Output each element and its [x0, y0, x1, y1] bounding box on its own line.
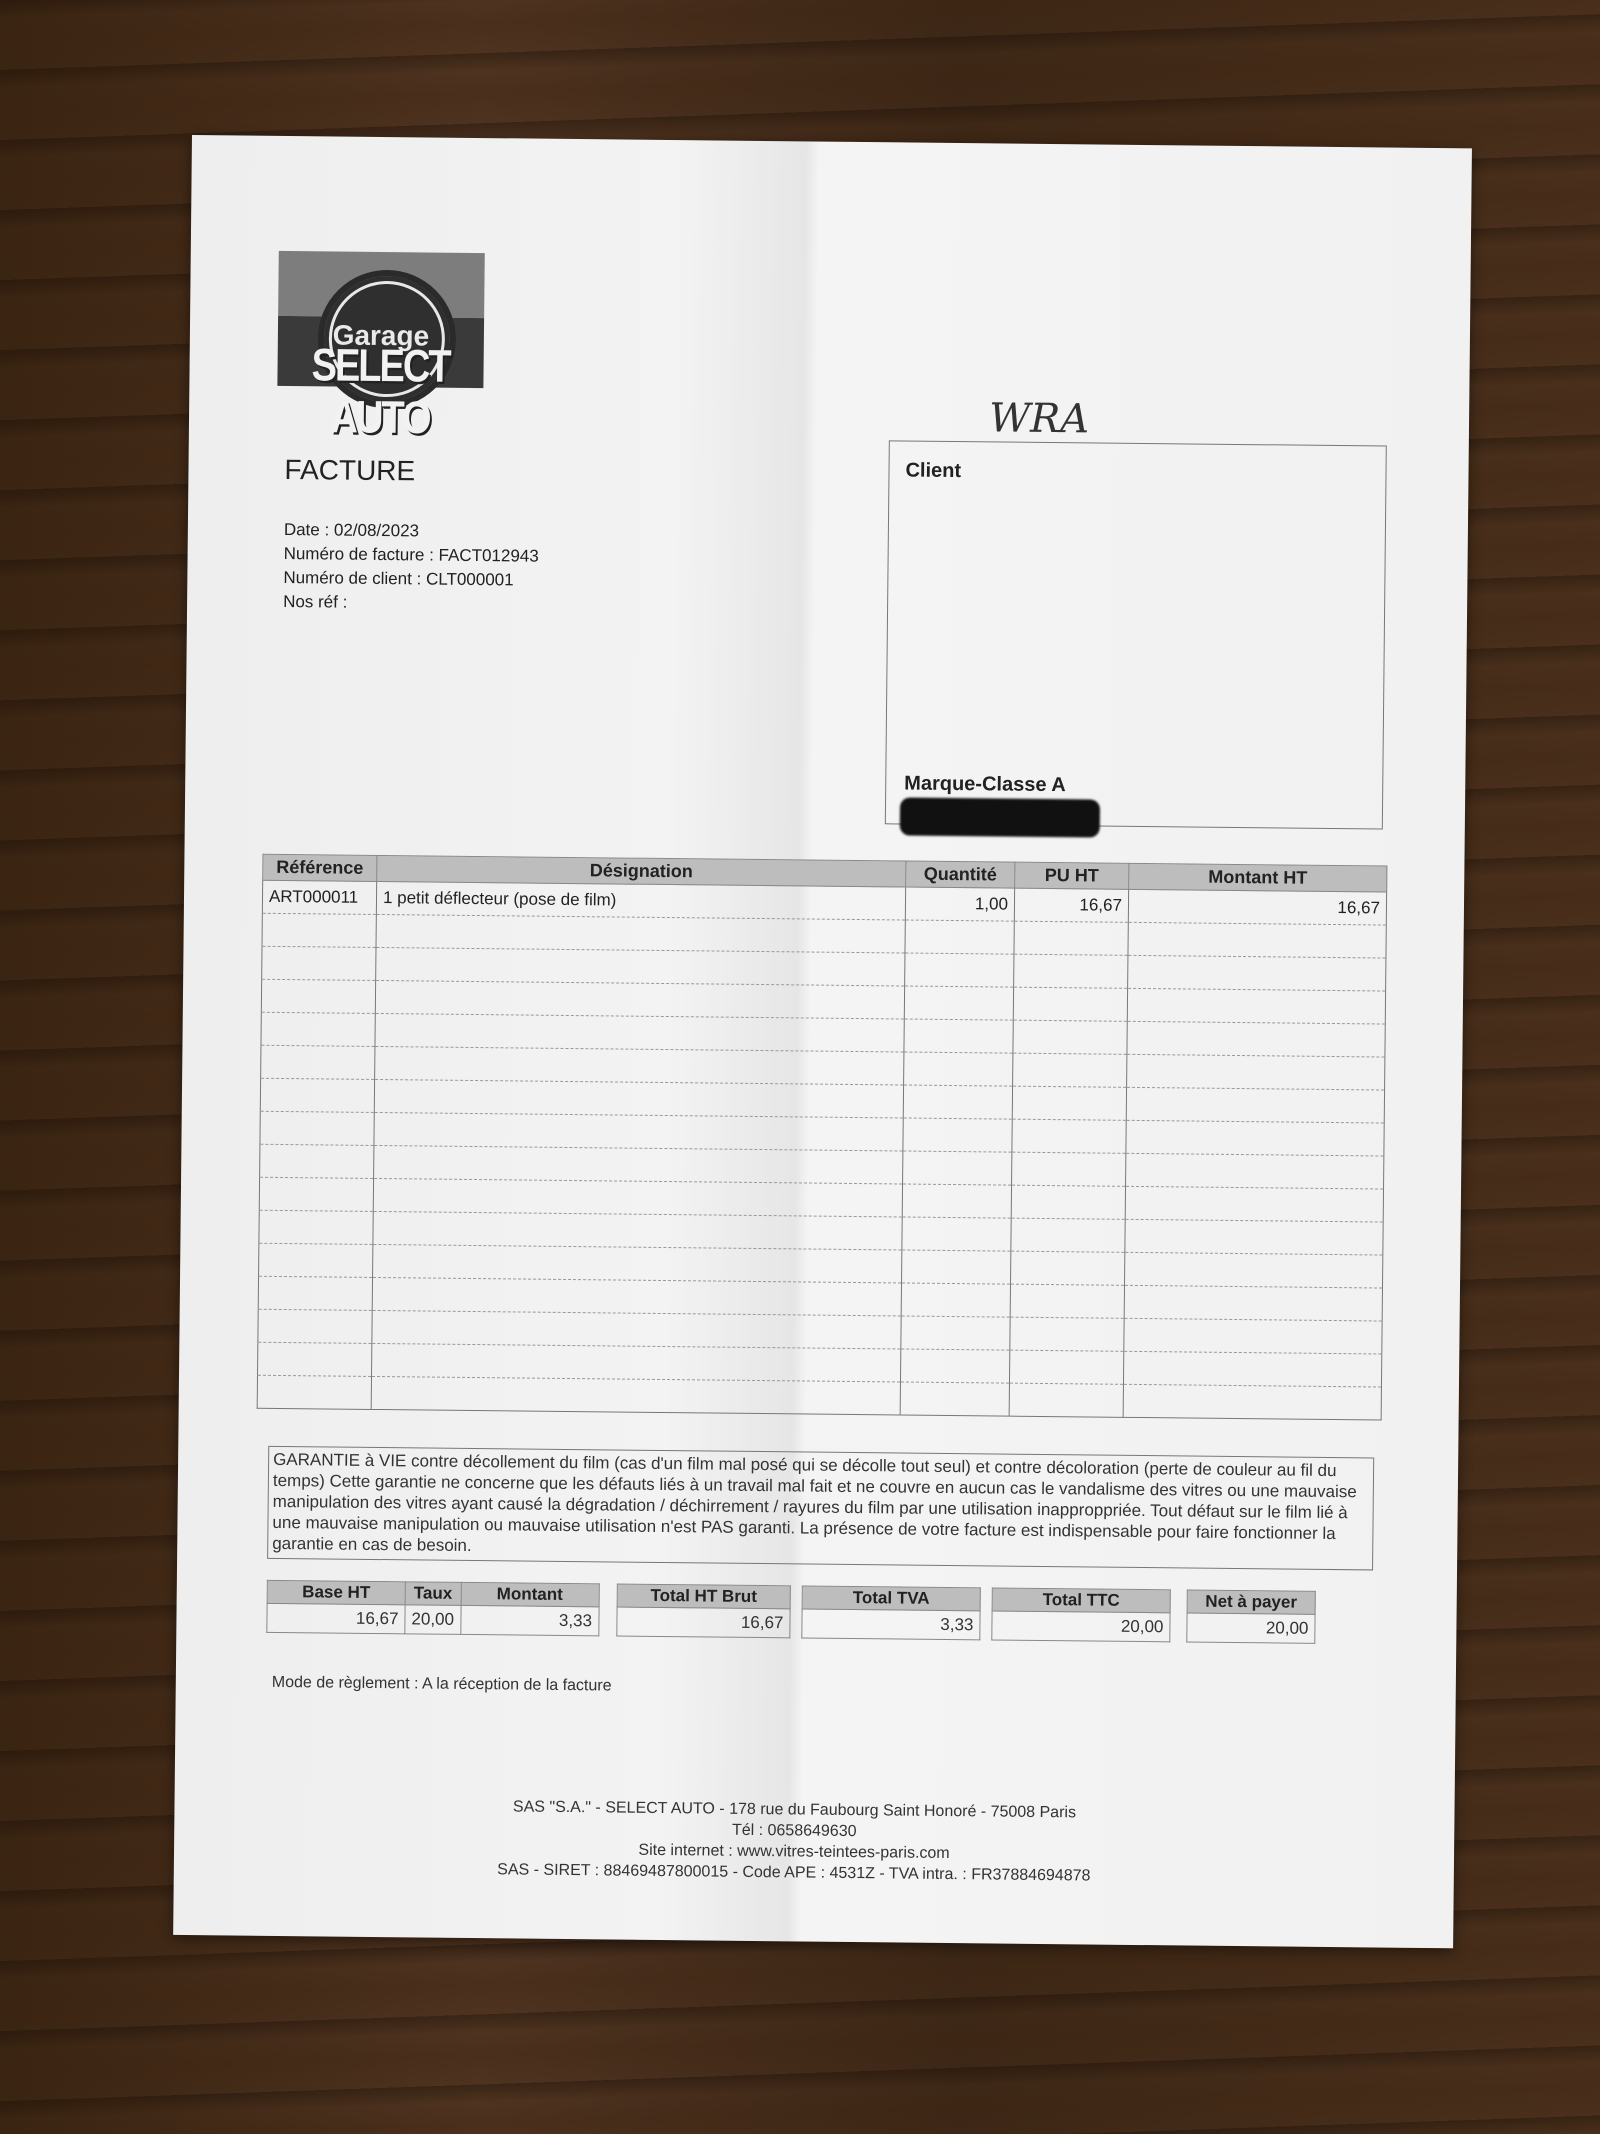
items-body: ART000011 1 petit déflecteur (pose de fi…	[257, 880, 1386, 1420]
empty-cell	[372, 1277, 901, 1316]
empty-cell	[1013, 1053, 1127, 1087]
empty-cell	[1010, 1317, 1124, 1351]
empty-cell	[375, 1046, 904, 1085]
empty-cell	[373, 1211, 902, 1250]
empty-cell	[1127, 988, 1385, 1024]
empty-cell	[1128, 955, 1386, 991]
client-vehicle: Marque-Classe A	[904, 772, 1066, 797]
empty-cell	[1011, 1251, 1125, 1285]
cell-reference: ART000011	[262, 880, 376, 914]
items-table: Référence Désignation Quantité PU HT Mon…	[257, 854, 1388, 1421]
empty-cell	[1125, 1186, 1383, 1222]
empty-cell	[1126, 1120, 1384, 1156]
col-quantity: Quantité	[906, 861, 1015, 888]
empty-cell	[1125, 1219, 1383, 1255]
empty-cell	[1127, 1054, 1385, 1090]
invoice-date: Date : 02/08/2023	[284, 518, 539, 545]
vat-amount-label: Montant	[461, 1582, 599, 1606]
vat-base-label: Base HT	[267, 1580, 405, 1604]
our-reference: Nos réf :	[283, 590, 538, 617]
empty-cell	[1127, 1021, 1385, 1057]
empty-cell	[259, 1243, 373, 1277]
empty-cell	[260, 1111, 374, 1145]
total-ht-brut-value: 16,67	[617, 1607, 790, 1638]
handwritten-note: WRA	[989, 395, 1090, 442]
client-box: Client Marque-Classe A	[885, 440, 1387, 829]
empty-cell	[373, 1178, 902, 1217]
company-footer: SAS "S.A." - SELECT AUTO - 178 rue du Fa…	[374, 1795, 1215, 1888]
empty-cell	[1012, 1152, 1126, 1186]
empty-cell	[374, 1079, 903, 1118]
empty-cell	[258, 1342, 372, 1376]
empty-cell	[1011, 1218, 1125, 1252]
empty-cell	[257, 1375, 371, 1409]
cell-amount: 16,67	[1128, 889, 1386, 925]
empty-cell	[905, 953, 1014, 987]
empty-cell	[1011, 1185, 1125, 1219]
net-a-payer-label: Net à payer	[1187, 1590, 1315, 1614]
empty-cell	[376, 914, 905, 953]
total-tva-value: 3,33	[802, 1609, 980, 1640]
empty-cell	[905, 920, 1014, 954]
empty-cell	[374, 1145, 903, 1184]
col-reference: Référence	[263, 854, 377, 881]
vat-base-value: 16,67	[267, 1603, 405, 1633]
total-ttc-value: 20,00	[992, 1611, 1170, 1642]
empty-cell	[262, 913, 376, 947]
empty-cell	[260, 1144, 374, 1178]
empty-cell	[374, 1112, 903, 1151]
invoice-paper: Garage SELECT AUTO FACTURE Date : 02/08/…	[173, 135, 1472, 1948]
empty-cell	[1124, 1285, 1382, 1321]
invoice-number: Numéro de facture : FACT012943	[283, 542, 538, 569]
vat-rate-label: Taux	[405, 1582, 461, 1606]
empty-cell	[900, 1349, 1009, 1383]
empty-cell	[902, 1250, 1011, 1284]
empty-cell	[1009, 1383, 1123, 1417]
empty-cell	[258, 1276, 372, 1310]
empty-cell	[258, 1309, 372, 1343]
empty-cell	[372, 1343, 901, 1382]
col-unit-price: PU HT	[1015, 862, 1129, 889]
empty-cell	[903, 1118, 1012, 1152]
total-ht-brut-label: Total HT Brut	[617, 1584, 790, 1609]
empty-cell	[1123, 1384, 1381, 1420]
cell-designation: 1 petit déflecteur (pose de film)	[376, 881, 905, 920]
total-tva-label: Total TVA	[802, 1586, 980, 1611]
cell-unit-price: 16,67	[1014, 888, 1128, 922]
empty-cell	[261, 1012, 375, 1046]
garage-logo: Garage SELECT AUTO	[277, 251, 485, 428]
empty-cell	[375, 1013, 904, 1052]
empty-cell	[904, 1052, 1013, 1086]
empty-cell	[376, 947, 905, 986]
cell-quantity: 1,00	[905, 887, 1014, 921]
empty-cell	[903, 1151, 1012, 1185]
vat-rate-value: 20,00	[405, 1605, 461, 1635]
empty-cell	[1009, 1350, 1123, 1384]
empty-cell	[259, 1210, 373, 1244]
empty-cell	[371, 1376, 900, 1415]
empty-cell	[904, 986, 1013, 1020]
empty-cell	[260, 1078, 374, 1112]
empty-cell	[904, 1019, 1013, 1053]
empty-cell	[1014, 954, 1128, 988]
empty-cell	[1014, 921, 1128, 955]
vat-table: Base HT Taux Montant 16,67 20,00 3,33	[266, 1580, 599, 1636]
vat-amount-value: 3,33	[460, 1605, 598, 1635]
empty-cell	[261, 1045, 375, 1079]
total-ttc-label: Total TTC	[992, 1588, 1170, 1613]
empty-cell	[900, 1382, 1009, 1416]
empty-cell	[902, 1217, 1011, 1251]
document-title: FACTURE	[284, 454, 415, 487]
empty-cell	[262, 946, 376, 980]
empty-cell	[259, 1177, 373, 1211]
empty-cell	[901, 1316, 1010, 1350]
empty-cell	[1125, 1252, 1383, 1288]
empty-cell	[902, 1184, 1011, 1218]
empty-cell	[901, 1283, 1010, 1317]
empty-cell	[1012, 1086, 1126, 1120]
client-label: Client	[905, 459, 961, 483]
empty-cell	[1128, 922, 1386, 958]
empty-cell	[903, 1085, 1012, 1119]
col-amount: Montant HT	[1129, 863, 1387, 892]
empty-cell	[261, 979, 375, 1013]
invoice-meta: Date : 02/08/2023 Numéro de facture : FA…	[283, 518, 539, 617]
empty-cell	[1013, 987, 1127, 1021]
empty-cell	[1126, 1153, 1384, 1189]
empty-cell	[1013, 1020, 1127, 1054]
total-tva-box: Total TVA 3,33	[801, 1585, 981, 1640]
total-ht-brut-box: Total HT Brut 16,67	[616, 1584, 791, 1639]
client-number: Numéro de client : CLT000001	[283, 566, 538, 593]
empty-cell	[1124, 1318, 1382, 1354]
logo-text-select-auto: SELECT AUTO	[277, 340, 484, 445]
empty-cell	[375, 980, 904, 1019]
empty-cell	[373, 1244, 902, 1283]
net-a-payer-value: 20,00	[1187, 1613, 1315, 1643]
payment-terms: Mode de règlement : A la réception de la…	[272, 1674, 612, 1696]
empty-cell	[1123, 1351, 1381, 1387]
redaction-mark	[900, 797, 1100, 837]
net-a-payer-box: Net à payer 20,00	[1186, 1589, 1316, 1643]
warranty-text: GARANTIE à VIE contre décollement du fil…	[267, 1446, 1374, 1571]
empty-cell	[372, 1310, 901, 1349]
empty-cell	[1012, 1119, 1126, 1153]
total-ttc-box: Total TTC 20,00	[991, 1587, 1171, 1642]
empty-cell	[1010, 1284, 1124, 1318]
empty-cell	[1126, 1087, 1384, 1123]
